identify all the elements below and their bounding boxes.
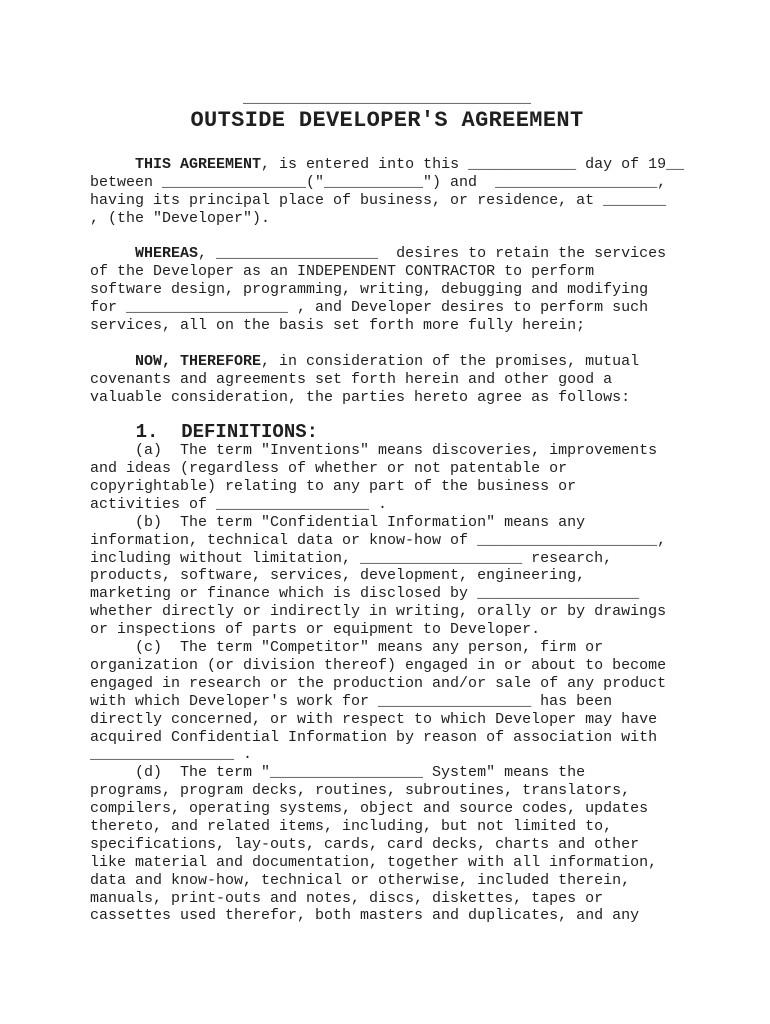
doc-line: of the Developer as an INDEPENDENT CONTR… [90, 263, 700, 281]
text: software design, programming, writing, d… [90, 281, 648, 298]
doc-line: programs, program decks, routines, subro… [90, 782, 700, 800]
doc-line: specifications, lay-outs, cards, card de… [90, 836, 700, 854]
doc-line: and ideas (regardless of whether or not … [90, 460, 700, 478]
doc-line: or inspections of parts or equipment to … [90, 621, 700, 639]
doc-line: having its principal place of business, … [90, 192, 700, 210]
text [90, 421, 136, 443]
doc-line: for __________________ , and Developer d… [90, 299, 700, 317]
paragraph-spacer [90, 228, 700, 246]
doc-line: 1. DEFINITIONS: [90, 424, 700, 442]
doc-line: (d) The term "_________________ System" … [90, 764, 700, 782]
text: (a) The term "Inventions" means discover… [90, 442, 657, 459]
text: services, all on the basis set forth mor… [90, 317, 585, 334]
text: activities of _________________ . [90, 496, 387, 513]
doc-line: thereto, and related items, including, b… [90, 818, 700, 836]
paragraph-preamble: THIS AGREEMENT, is entered into this ___… [90, 156, 700, 228]
document-body: THIS AGREEMENT, is entered into this ___… [90, 156, 700, 925]
text: (c) The term "Competitor" means any pers… [90, 639, 603, 656]
text: , (the "Developer"). [90, 210, 270, 227]
doc-line: , (the "Developer"). [90, 210, 700, 228]
text: having its principal place of business, … [90, 192, 666, 209]
text: including without limitation, __________… [90, 550, 612, 567]
paragraph-definitions-heading: 1. DEFINITIONS: [90, 424, 700, 442]
text [90, 156, 135, 173]
text: marketing or finance which is disclosed … [90, 585, 639, 602]
document-page: ________________________________ OUTSIDE… [0, 0, 770, 1024]
text: cassettes used therefor, both masters an… [90, 907, 639, 924]
text: organization (or division thereof) engag… [90, 657, 666, 674]
doc-line: services, all on the basis set forth mor… [90, 317, 700, 335]
text: covenants and agreements set forth herei… [90, 371, 612, 388]
doc-line: like material and documentation, togethe… [90, 854, 700, 872]
text: copyrightable) relating to any part of t… [90, 478, 576, 495]
text: and ideas (regardless of whether or not … [90, 460, 567, 477]
text: with which Developer's work for ________… [90, 693, 612, 710]
paragraph-definition-b-confidential-information: (b) The term "Confidential Information" … [90, 514, 700, 639]
text: (d) The term "_________________ System" … [90, 764, 585, 781]
bold-text: THIS AGREEMENT [135, 156, 261, 173]
text: (b) The term "Confidential Information" … [90, 514, 585, 531]
text: information, technical data or know-how … [90, 532, 666, 549]
bold-text: 1. DEFINITIONS: [136, 421, 318, 443]
doc-line: activities of _________________ . [90, 496, 700, 514]
doc-line: including without limitation, __________… [90, 550, 700, 568]
text: between ________________("___________") … [90, 174, 666, 191]
doc-line: THIS AGREEMENT, is entered into this ___… [90, 156, 700, 174]
doc-line: (b) The term "Confidential Information" … [90, 514, 700, 532]
agreement-document: ________________________________ OUTSIDE… [90, 90, 700, 925]
doc-line: data and know-how, technical or otherwis… [90, 872, 700, 890]
text: specifications, lay-outs, cards, card de… [90, 836, 639, 853]
doc-line: whether directly or indirectly in writin… [90, 603, 700, 621]
text: thereto, and related items, including, b… [90, 818, 612, 835]
doc-line: compilers, operating systems, object and… [90, 800, 700, 818]
text: or inspections of parts or equipment to … [90, 621, 540, 638]
doc-line: between ________________("___________") … [90, 174, 700, 192]
text [90, 353, 135, 370]
doc-line: organization (or division thereof) engag… [90, 657, 700, 675]
doc-line: (a) The term "Inventions" means discover… [90, 442, 700, 460]
paragraph-definition-d-system: (d) The term "_________________ System" … [90, 764, 700, 925]
text: acquired Confidential Information by rea… [90, 729, 657, 746]
text: like material and documentation, togethe… [90, 854, 657, 871]
doc-line: WHEREAS, __________________ desires to r… [90, 245, 700, 263]
doc-line: cassettes used therefor, both masters an… [90, 907, 700, 925]
text: of the Developer as an INDEPENDENT CONTR… [90, 263, 594, 280]
doc-line: NOW, THEREFORE, in consideration of the … [90, 353, 700, 371]
text: manuals, print-outs and notes, discs, di… [90, 890, 603, 907]
text: programs, program decks, routines, subro… [90, 782, 630, 799]
doc-line: manuals, print-outs and notes, discs, di… [90, 890, 700, 908]
text: ________________ . [90, 746, 252, 763]
doc-line: ________________ . [90, 746, 700, 764]
doc-line: software design, programming, writing, d… [90, 281, 700, 299]
doc-line: directly concerned, or with respect to w… [90, 711, 700, 729]
doc-line: covenants and agreements set forth herei… [90, 371, 700, 389]
bold-text: NOW, THEREFORE [135, 353, 261, 370]
text: for __________________ , and Developer d… [90, 299, 648, 316]
text: engaged in research or the production an… [90, 675, 666, 692]
text: , __________________ desires to retain t… [198, 245, 666, 262]
doc-line: marketing or finance which is disclosed … [90, 585, 700, 603]
paragraph-whereas-clause: WHEREAS, __________________ desires to r… [90, 245, 700, 334]
text: , in consideration of the promises, mutu… [261, 353, 639, 370]
bold-text: WHEREAS [135, 245, 198, 262]
document-title: OUTSIDE DEVELOPER'S AGREEMENT [90, 108, 684, 134]
paragraph-definition-c-competitor: (c) The term "Competitor" means any pers… [90, 639, 700, 764]
header-blank-line: ________________________________ [90, 90, 684, 108]
text: valuable consideration, the parties here… [90, 389, 630, 406]
doc-line: with which Developer's work for ________… [90, 693, 700, 711]
text: data and know-how, technical or otherwis… [90, 872, 630, 889]
text: whether directly or indirectly in writin… [90, 603, 666, 620]
paragraph-spacer [90, 335, 700, 353]
text: directly concerned, or with respect to w… [90, 711, 657, 728]
doc-line: copyrightable) relating to any part of t… [90, 478, 700, 496]
document-header: ________________________________ OUTSIDE… [90, 90, 684, 134]
doc-line: information, technical data or know-how … [90, 532, 700, 550]
paragraph-now-therefore-clause: NOW, THEREFORE, in consideration of the … [90, 353, 700, 407]
doc-line: valuable consideration, the parties here… [90, 389, 700, 407]
text: , is entered into this ____________ day … [261, 156, 684, 173]
doc-line: products, software, services, developmen… [90, 567, 700, 585]
text: compilers, operating systems, object and… [90, 800, 648, 817]
text: products, software, services, developmen… [90, 567, 585, 584]
doc-line: acquired Confidential Information by rea… [90, 729, 700, 747]
doc-line: engaged in research or the production an… [90, 675, 700, 693]
doc-line: (c) The term "Competitor" means any pers… [90, 639, 700, 657]
paragraph-definition-a-inventions: (a) The term "Inventions" means discover… [90, 442, 700, 514]
text [90, 245, 135, 262]
